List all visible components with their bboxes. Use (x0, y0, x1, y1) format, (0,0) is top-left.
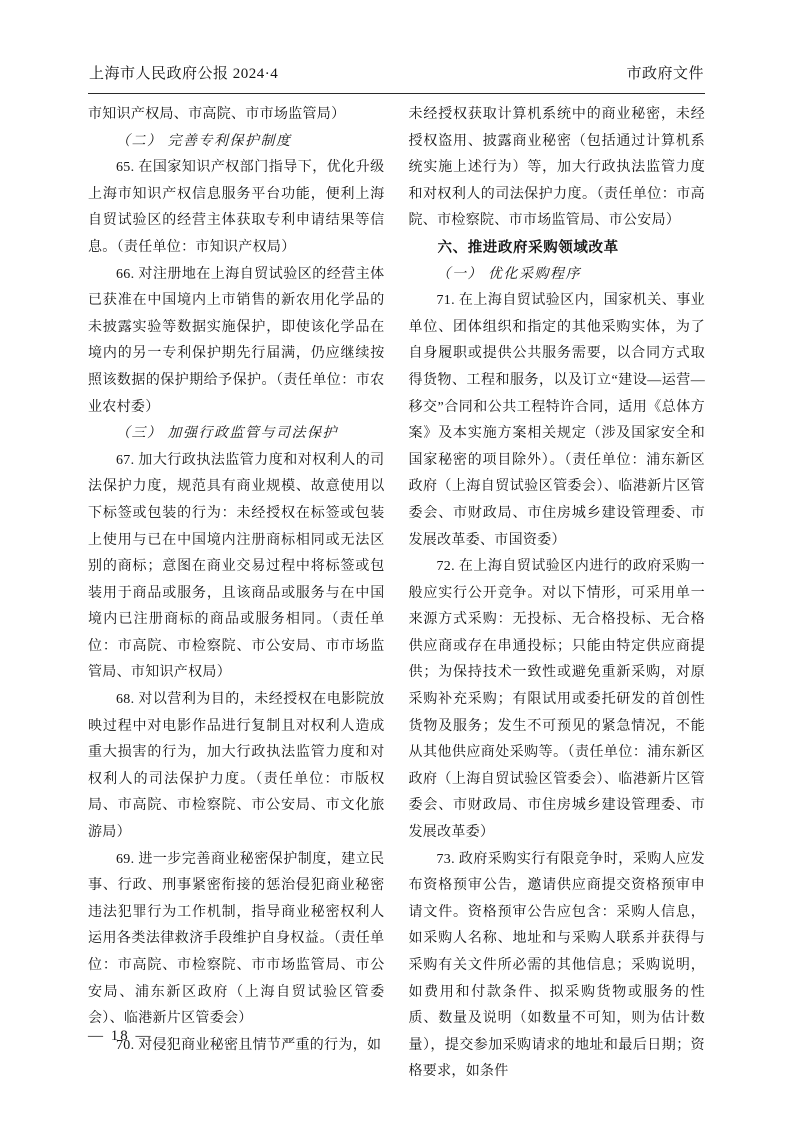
right-column: 未经授权获取计算机系统中的商业秘密，未经授权盗用、披露商业秘密（包括通过计算机系… (409, 102, 706, 1086)
header-rule (88, 93, 705, 94)
subsection-heading: （三） 加强行政监管与司法保护 (88, 421, 385, 448)
left-column: 市知识产权局、市高院、市市场监管局） （二） 完善专利保护制度 65. 在国家知… (88, 102, 385, 1086)
two-column-body: 市知识产权局、市高院、市市场监管局） （二） 完善专利保护制度 65. 在国家知… (88, 102, 705, 1086)
page-number: — 18 — (88, 1028, 153, 1045)
page-header: 上海市人民政府公报 2024·4 市政府文件 (88, 60, 705, 93)
paragraph-73: 73. 政府采购实行有限竞争时，采购人应发布资格预审公告，邀请供应商提交资格预审… (409, 847, 706, 1086)
subsection-heading: （一） 优化采购程序 (409, 262, 706, 289)
section-heading: 六、推进政府采购领域改革 (409, 235, 706, 262)
paragraph-72: 72. 在上海自贸试验区内进行的政府采购一般应实行公开竞争。对以下情形，可采用单… (409, 554, 706, 847)
paragraph-66: 66. 对注册地在上海自贸试验区的经营主体已获准在中国境内上市销售的新农用化学品… (88, 262, 385, 422)
paragraph-71: 71. 在上海自贸试验区内，国家机关、事业单位、团体组织和指定的其他采购实体，为… (409, 288, 706, 554)
paragraph-continuation: 未经授权获取计算机系统中的商业秘密，未经授权盗用、披露商业秘密（包括通过计算机系… (409, 102, 706, 235)
document-page: 上海市人民政府公报 2024·4 市政府文件 市知识产权局、市高院、市市场监管局… (0, 0, 793, 1122)
paragraph-continuation: 市知识产权局、市高院、市市场监管局） (88, 102, 385, 129)
doc-category-label: 市政府文件 (626, 62, 704, 83)
subsection-heading: （二） 完善专利保护制度 (88, 129, 385, 156)
paragraph-68: 68. 对以营利为目的，未经授权在电影院放映过程中对电影作品进行复制且对权利人造… (88, 687, 385, 847)
paragraph-69: 69. 进一步完善商业秘密保护制度，建立民事、行政、刑事紧密衔接的惩治侵犯商业秘… (88, 847, 385, 1033)
paragraph-67: 67. 加大行政执法监管力度和对权利人的司法保护力度，规范具有商业规模、故意使用… (88, 448, 385, 687)
paragraph-65: 65. 在国家知识产权部门指导下，优化升级上海市知识产权信息服务平台功能，便利上… (88, 155, 385, 261)
gazette-title: 上海市人民政府公报 2024·4 (89, 62, 278, 83)
